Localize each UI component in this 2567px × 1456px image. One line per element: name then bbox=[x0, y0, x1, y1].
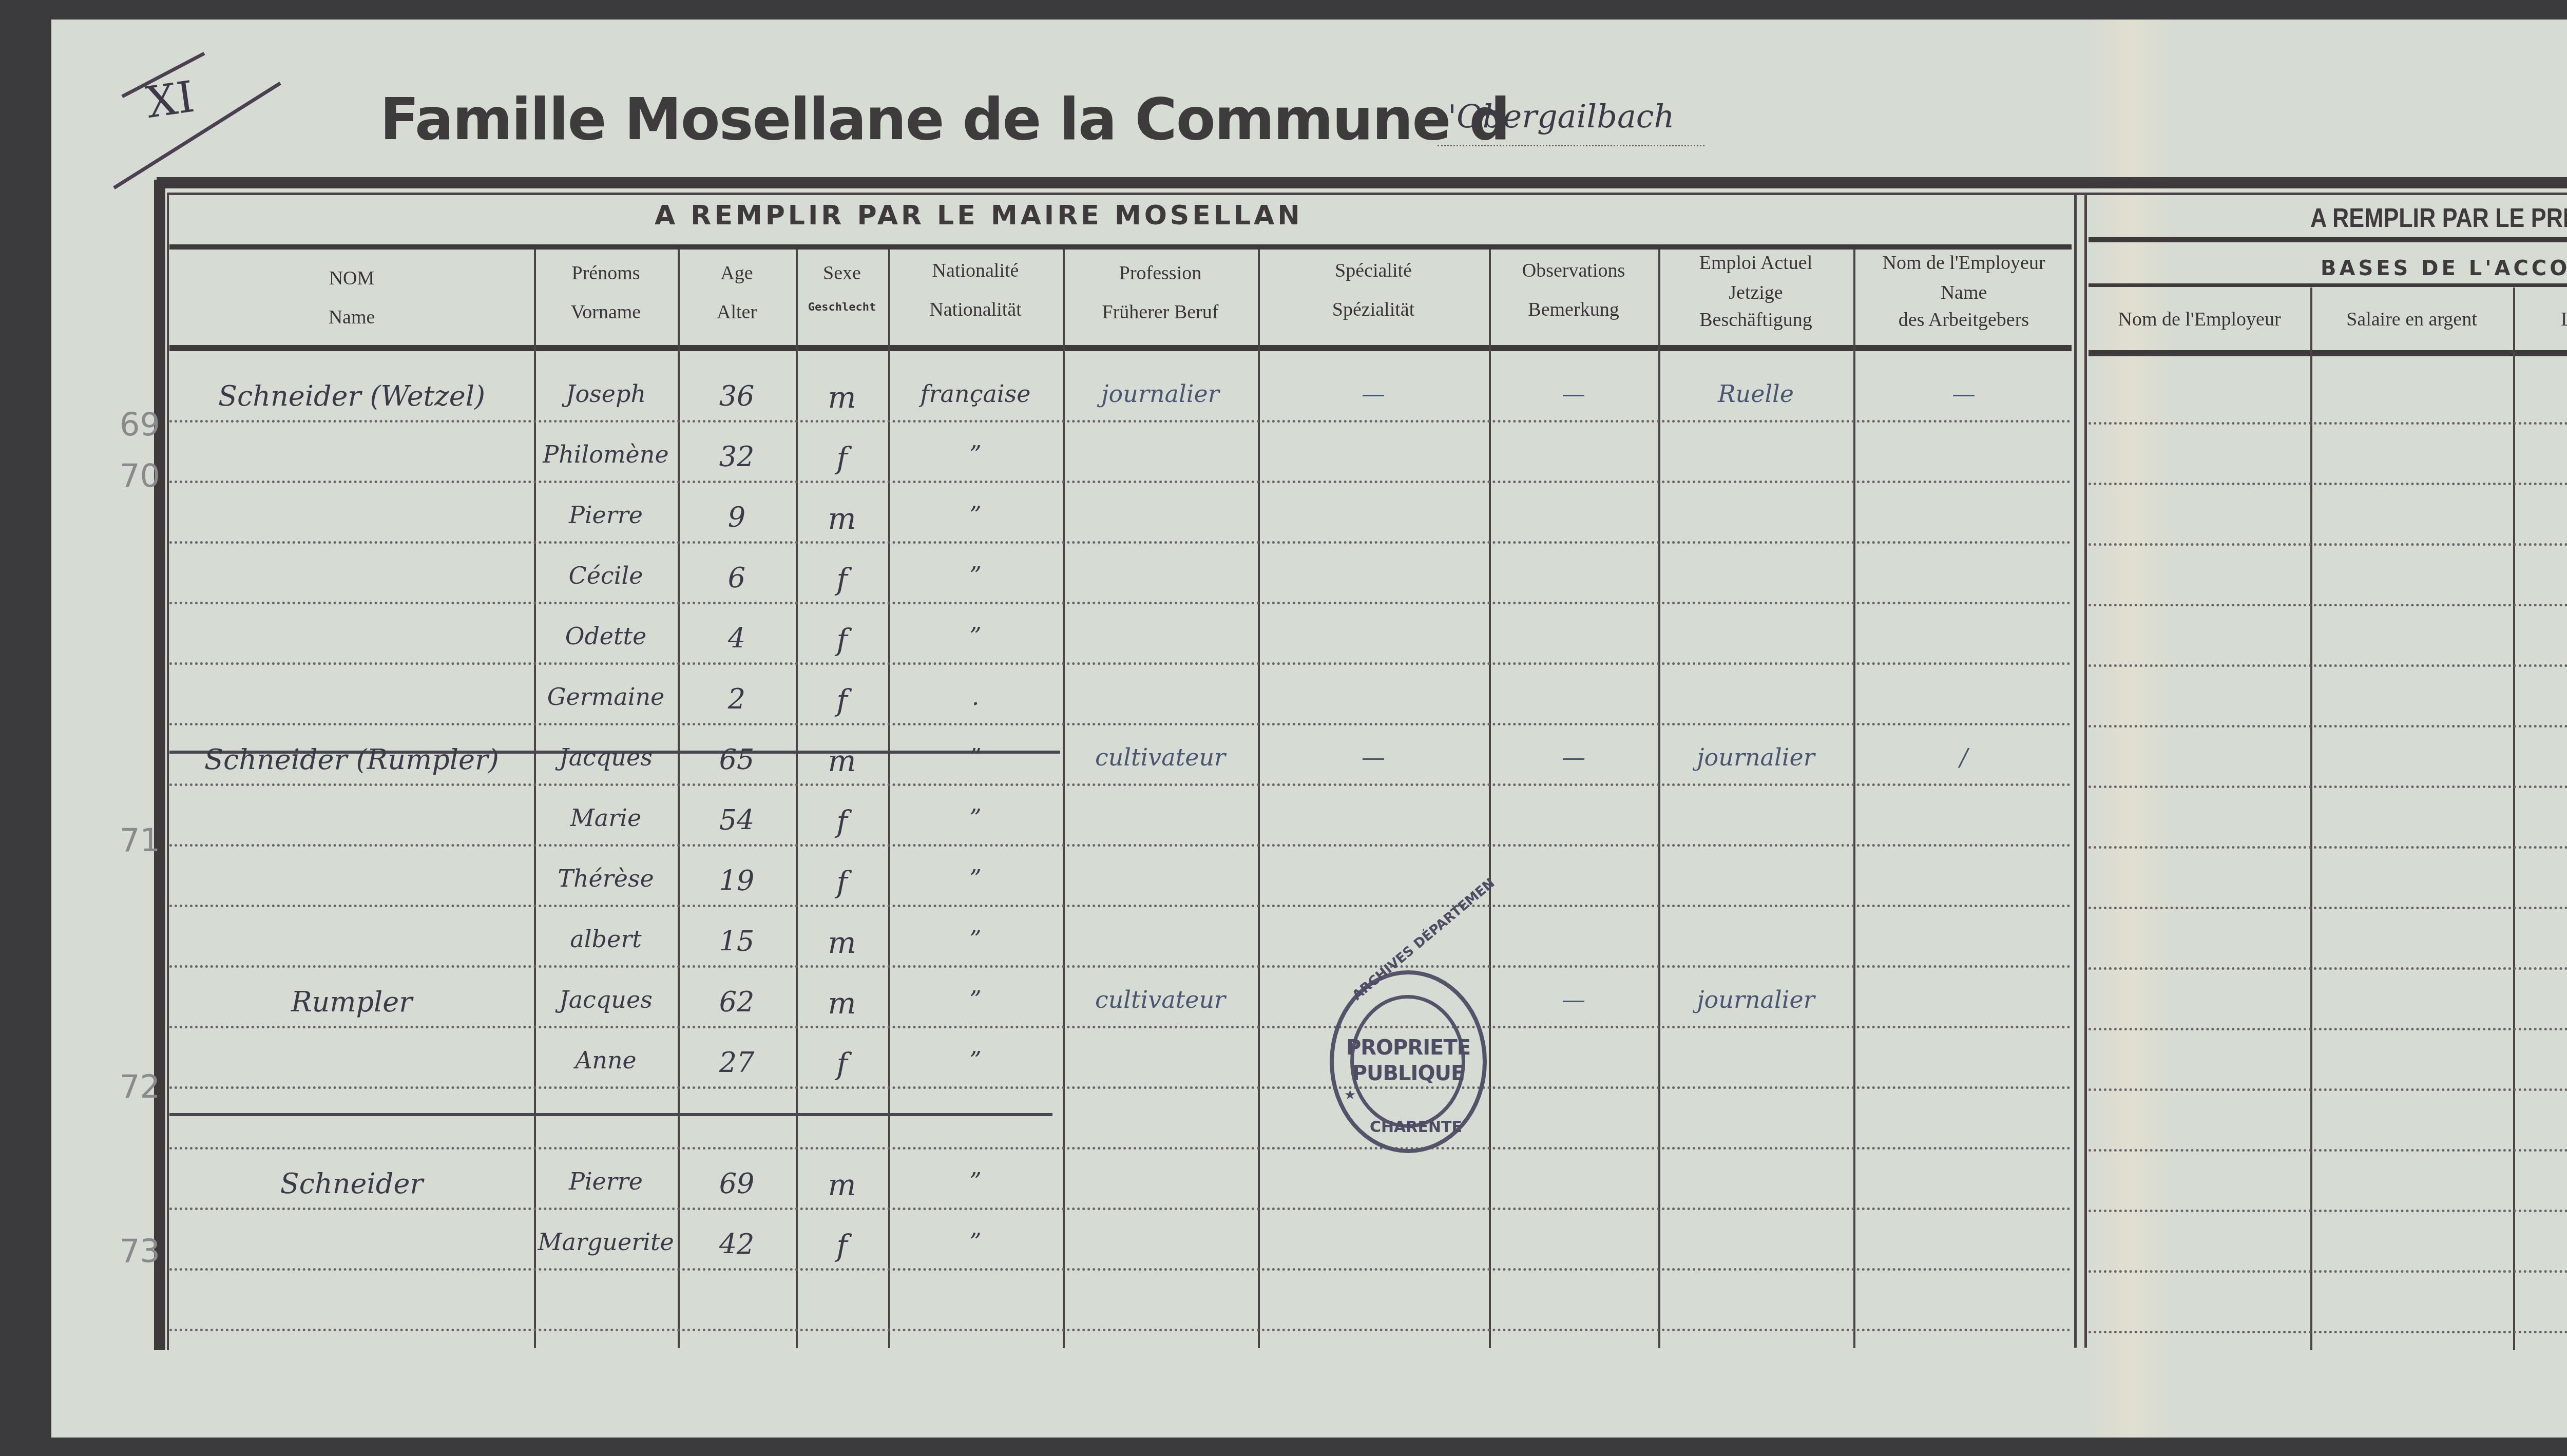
header-nationalite: NationalitéNationalität bbox=[888, 259, 1063, 321]
row-rule bbox=[2089, 483, 2567, 485]
header-sexe: SexeGeschlecht bbox=[796, 262, 888, 314]
section-mark: XI bbox=[143, 71, 198, 128]
row-rule bbox=[2089, 664, 2567, 667]
cell-nationalite[interactable]: ” bbox=[888, 925, 1063, 953]
cell-observations[interactable]: — bbox=[1489, 743, 1658, 771]
row-rule bbox=[2089, 846, 2567, 849]
archives-stamp: ARCHIVES DÉPARTEMEN PROPRIETE PUBLIQUE C… bbox=[1330, 970, 1487, 1153]
cell-prenom[interactable]: albert bbox=[534, 925, 678, 953]
cell-sexe[interactable]: m bbox=[796, 986, 888, 1021]
cell-sexe[interactable]: f bbox=[796, 683, 888, 718]
cell-age[interactable]: 6 bbox=[678, 562, 796, 594]
cell-sexe[interactable]: f bbox=[796, 1228, 888, 1263]
row-rule bbox=[2089, 786, 2567, 788]
header-nom-employeur-right: Nom de l'Employeur bbox=[2089, 308, 2310, 332]
cell-sexe[interactable]: f bbox=[796, 440, 888, 475]
row-rule bbox=[2089, 967, 2567, 970]
cell-sexe[interactable]: m bbox=[796, 1167, 888, 1202]
star-icon: ★ bbox=[1344, 1087, 1356, 1103]
row-rule bbox=[2089, 1028, 2567, 1030]
cell-nationalite[interactable]: ” bbox=[888, 743, 1063, 771]
row-rule bbox=[2089, 1088, 2567, 1091]
cell-prenom[interactable]: Thérèse bbox=[534, 865, 678, 892]
row-rule bbox=[169, 541, 2072, 544]
section-divider-2 bbox=[2084, 193, 2087, 1348]
row-rule bbox=[169, 602, 2072, 604]
left-header-bottom-rule bbox=[169, 345, 2072, 351]
right-band-rule bbox=[2089, 237, 2567, 242]
cell-sexe[interactable]: m bbox=[796, 925, 888, 960]
row-rule bbox=[2089, 1210, 2567, 1212]
cell-prenom[interactable]: Pierre bbox=[534, 1167, 678, 1195]
row-rule bbox=[169, 420, 2072, 423]
cell-age[interactable]: 27 bbox=[678, 1046, 796, 1079]
cell-age[interactable]: 54 bbox=[678, 804, 796, 836]
table-top-border bbox=[157, 177, 2567, 188]
cell-age[interactable]: 32 bbox=[678, 440, 796, 473]
commune-name[interactable]: 'Obergailbach bbox=[1448, 98, 1675, 135]
cell-observations[interactable]: — bbox=[1489, 380, 1658, 408]
row-rule bbox=[2089, 1149, 2567, 1152]
cell-nom[interactable]: Schneider (Wetzel) bbox=[169, 380, 534, 412]
cell-nationalite[interactable]: ” bbox=[888, 501, 1063, 529]
cell-nationalite[interactable]: ” bbox=[888, 804, 1063, 832]
cell-prenom[interactable]: Jacques bbox=[534, 743, 678, 771]
col-line bbox=[1489, 250, 1491, 1348]
cell-age[interactable]: 36 bbox=[678, 380, 796, 412]
commune-dotted-line bbox=[1438, 145, 1704, 146]
col-line bbox=[1853, 250, 1855, 1348]
form-sheet bbox=[51, 20, 2567, 1438]
col-line bbox=[1658, 250, 1660, 1348]
col-line bbox=[1063, 250, 1065, 1348]
row-rule bbox=[169, 662, 2072, 665]
cell-nationalite[interactable]: ” bbox=[888, 986, 1063, 1013]
table-top-inner-rule bbox=[167, 193, 2567, 195]
table-left-inner-rule bbox=[167, 195, 169, 1350]
row-rule bbox=[169, 1147, 2072, 1150]
row-rule bbox=[2089, 1331, 2567, 1333]
cell-nationalite[interactable]: française bbox=[888, 380, 1063, 408]
header-salaire: Salaire en argent bbox=[2310, 308, 2513, 332]
col-line bbox=[2310, 288, 2312, 1350]
cell-nom[interactable]: Schneider (Rumpler) bbox=[169, 743, 534, 776]
cell-nationalite[interactable]: ” bbox=[888, 1167, 1063, 1195]
cell-age[interactable]: 42 bbox=[678, 1228, 796, 1260]
cell-specialite[interactable]: — bbox=[1258, 743, 1489, 771]
row-rule bbox=[169, 1329, 2072, 1331]
cell-profession[interactable]: cultivateur bbox=[1063, 743, 1258, 771]
cell-age[interactable]: 4 bbox=[678, 622, 796, 655]
cell-age[interactable]: 65 bbox=[678, 743, 796, 776]
row-rule bbox=[2089, 604, 2567, 606]
cell-age[interactable]: 15 bbox=[678, 925, 796, 957]
cell-sexe[interactable]: m bbox=[796, 380, 888, 415]
header-nom-employeur-left: Nom de l'EmployeurNamedes Arbeitgebers bbox=[1853, 252, 2074, 332]
cell-age[interactable]: 69 bbox=[678, 1167, 796, 1200]
cell-prenom[interactable]: Marguerite bbox=[534, 1228, 678, 1256]
cell-nationalite[interactable]: . bbox=[888, 683, 1063, 711]
row-rule bbox=[169, 905, 2072, 907]
cell-age[interactable]: 19 bbox=[678, 865, 796, 897]
row-rule bbox=[169, 1268, 2072, 1271]
margin-number: 71 bbox=[120, 821, 160, 859]
cell-prenom[interactable]: Anne bbox=[534, 1046, 678, 1074]
header-profession: ProfessionFrüherer Beruf bbox=[1063, 262, 1258, 324]
form-title: Famille Mosellane de la Commune d bbox=[380, 86, 1509, 153]
header-logement: Logement bbox=[2513, 308, 2567, 332]
stamp-line2: PUBLIQUE bbox=[1334, 1062, 1483, 1085]
cell-nationalite[interactable]: ” bbox=[888, 622, 1063, 650]
stamp-line1: PROPRIETE bbox=[1334, 1036, 1483, 1060]
cell-specialite[interactable]: — bbox=[1258, 380, 1489, 408]
cell-sexe[interactable]: f bbox=[796, 622, 888, 657]
cell-prenom[interactable]: Pierre bbox=[534, 501, 678, 529]
row-rule bbox=[169, 1208, 2072, 1210]
cell-emploi[interactable]: journalier bbox=[1658, 743, 1853, 771]
cell-prenom[interactable]: Marie bbox=[534, 804, 678, 832]
header-emploi-actuel: Emploi ActuelJetzigeBeschäftigung bbox=[1658, 252, 1853, 332]
section-divider-1 bbox=[2074, 193, 2077, 1348]
cell-prenom[interactable]: Germaine bbox=[534, 683, 678, 711]
cell-sexe[interactable]: f bbox=[796, 562, 888, 597]
row-rule bbox=[169, 481, 2072, 483]
row-rule bbox=[2089, 422, 2567, 425]
cell-observations[interactable]: — bbox=[1489, 986, 1658, 1013]
bases-accord-rule bbox=[2089, 283, 2567, 287]
cell-nationalite[interactable]: ” bbox=[888, 1228, 1063, 1256]
left-band-rule bbox=[169, 244, 2072, 250]
cell-nom[interactable]: Schneider bbox=[169, 1167, 534, 1200]
cell-emploi[interactable]: Ruelle bbox=[1658, 380, 1853, 408]
cell-sexe[interactable]: m bbox=[796, 743, 888, 778]
row-rule bbox=[2089, 725, 2567, 727]
left-band-title: A REMPLIR PAR LE MAIRE MOSELLAN bbox=[655, 200, 1303, 231]
header-nom: NOMName bbox=[169, 267, 534, 329]
right-header-bottom-rule bbox=[2089, 350, 2567, 356]
header-observations-left: ObservationsBemerkung bbox=[1489, 259, 1658, 321]
margin-number: 69 bbox=[120, 406, 160, 443]
cell-profession[interactable]: journalier bbox=[1063, 380, 1258, 408]
row-rule bbox=[2089, 543, 2567, 546]
paper-fold bbox=[2084, 20, 2177, 1438]
stamp-outer-bottom: CHARENTE bbox=[1370, 1118, 1462, 1136]
row-rule bbox=[169, 844, 2072, 847]
row-rule bbox=[2089, 1270, 2567, 1273]
cell-emploi[interactable]: journalier bbox=[1658, 986, 1853, 1013]
margin-number: 73 bbox=[120, 1232, 160, 1270]
col-line bbox=[1258, 250, 1260, 1348]
margin-number: 70 bbox=[120, 457, 160, 494]
header-specialite: SpécialitéSpézialität bbox=[1258, 259, 1489, 321]
header-prenoms: PrénomsVorname bbox=[534, 262, 678, 324]
family-separator bbox=[169, 1113, 1052, 1116]
cell-sexe[interactable]: f bbox=[796, 1046, 888, 1081]
cell-prenom[interactable]: Joseph bbox=[534, 380, 678, 408]
margin-number: 72 bbox=[120, 1068, 160, 1105]
cell-sexe[interactable]: f bbox=[796, 865, 888, 899]
header-age: AgeAlter bbox=[678, 262, 796, 324]
cell-sexe[interactable]: m bbox=[796, 501, 888, 536]
row-rule bbox=[169, 1086, 2072, 1089]
bases-accord-title: BASES DE L'ACCORD bbox=[2321, 257, 2567, 280]
cell-age[interactable]: 2 bbox=[678, 683, 796, 715]
cell-nationalite[interactable]: ” bbox=[888, 562, 1063, 589]
cell-sexe[interactable]: f bbox=[796, 804, 888, 839]
row-rule bbox=[2089, 907, 2567, 909]
row-rule bbox=[169, 723, 2072, 725]
cell-age[interactable]: 9 bbox=[678, 501, 796, 533]
cell-age[interactable]: 62 bbox=[678, 986, 796, 1018]
row-rule bbox=[169, 1026, 2072, 1028]
col-line bbox=[2513, 288, 2515, 1350]
cell-employeur[interactable]: — bbox=[1853, 380, 2074, 408]
row-rule bbox=[169, 783, 2072, 786]
cell-prenom[interactable]: Odette bbox=[534, 622, 678, 650]
table-left-border bbox=[154, 180, 165, 1350]
cell-nationalite[interactable]: ” bbox=[888, 865, 1063, 892]
cell-nationalite[interactable]: ” bbox=[888, 1046, 1063, 1074]
cell-prenom[interactable]: Jacques bbox=[534, 986, 678, 1013]
cell-profession[interactable]: cultivateur bbox=[1063, 986, 1258, 1013]
row-rule bbox=[169, 965, 2072, 968]
cell-prenom[interactable]: Philomène bbox=[534, 440, 678, 468]
cell-nom[interactable]: Rumpler bbox=[169, 986, 534, 1018]
right-band-title: A REMPLIR PAR LE PRÉSIDENT DU COMITÉ COM… bbox=[2310, 203, 2567, 234]
cell-employeur[interactable]: / bbox=[1853, 743, 2074, 771]
cell-nationalite[interactable]: ” bbox=[888, 440, 1063, 468]
cell-prenom[interactable]: Cécile bbox=[534, 562, 678, 589]
